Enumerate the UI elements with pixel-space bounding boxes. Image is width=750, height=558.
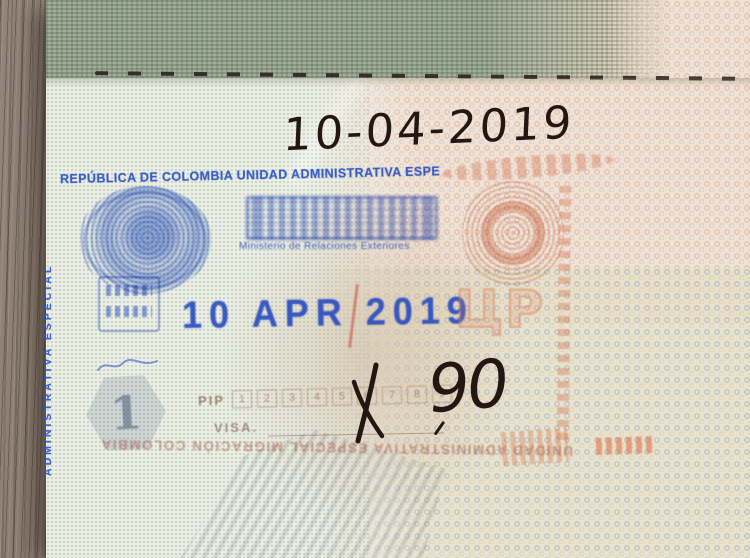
handwritten-days: 90 [425, 345, 509, 429]
orange-stamp-bottom-marks [596, 436, 655, 455]
previous-page-edge [46, 0, 670, 78]
orange-stamp-bottom-marks [501, 428, 569, 467]
signature-scribble [96, 356, 160, 376]
entry-date-stamp: 10 APR 2019 [182, 288, 475, 337]
code-box-stamp [98, 276, 160, 332]
handwritten-x-mark [346, 362, 388, 444]
pip-box-3: 3 [282, 389, 302, 408]
code-box-row [106, 285, 152, 296]
orange-stamp-glyphs: ЦР [455, 280, 545, 340]
pip-box-4: 4 [307, 388, 327, 407]
passport-photo: REPÚBLICA DE COLOMBIA UNIDAD ADMINISTRAT… [0, 0, 750, 558]
hexagon-number: 1 [109, 385, 144, 441]
migracion-box-stamp [246, 196, 438, 240]
orange-emblem-stamp [462, 178, 564, 288]
pip-box-2: 2 [257, 389, 277, 408]
stamp-side-text: ADMINISTRATIVA ESPECIAL [42, 186, 64, 476]
visa-label: VISA. [214, 420, 258, 436]
pip-box-8: 8 [407, 385, 427, 404]
pip-label: PIP [198, 392, 225, 408]
ministry-text: Ministerio de Relaciones Exteriores [239, 241, 410, 252]
pip-box-1: 1 [232, 390, 252, 409]
code-box-row [106, 306, 152, 317]
seam-shadow [46, 78, 750, 87]
